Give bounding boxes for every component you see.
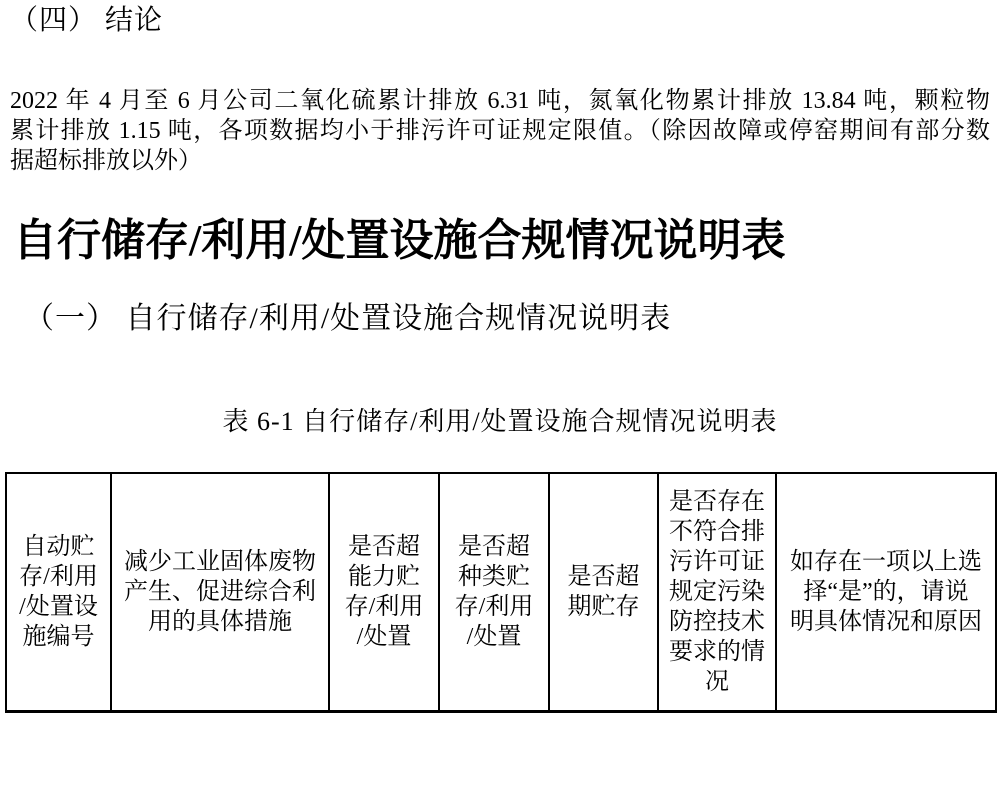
header-overdue-storage: 是否超 期贮存 xyxy=(549,473,658,712)
header-noncompliance-situation: 是否存在 不符合排 污许可证 规定污染 防控技术 要求的情 况 xyxy=(658,473,776,712)
paragraph-line: 累计排放 1.15 吨，各项数据均小于排污许可证规定限值。（除因故障或停窑期间有… xyxy=(10,116,990,146)
chapter-title: 自行储存/利用/处置设施合规情况说明表 xyxy=(13,215,785,267)
paragraph-line: 据超标排放以外） xyxy=(10,146,990,176)
section-heading: （四） 结论 xyxy=(10,2,163,40)
paragraph-line: 2022 年 4 月至 6 月公司二氧化硫累计排放 6.31 吨，氮氧化物累计排… xyxy=(10,86,990,116)
sub-section-heading: （一） 自行储存/利用/处置设施合规情况说明表 xyxy=(24,300,671,338)
header-explanation: 如存在一项以上选 择“是”的，请说 明具体情况和原因 xyxy=(776,473,996,712)
compliance-table: 自动贮 存/利用 /处置设 施编号 减少工业固体废物 产生、促进综合利 用的具体… xyxy=(5,472,997,713)
header-over-capacity: 是否超 能力贮 存/利用 /处置 xyxy=(329,473,439,712)
table-header-row: 自动贮 存/利用 /处置设 施编号 减少工业固体废物 产生、促进综合利 用的具体… xyxy=(6,473,996,712)
table-caption: 表 6-1 自行储存/利用/处置设施合规情况说明表 xyxy=(0,404,1000,440)
header-facility-id: 自动贮 存/利用 /处置设 施编号 xyxy=(6,473,111,712)
header-reduction-measures: 减少工业固体废物 产生、促进综合利 用的具体措施 xyxy=(111,473,329,712)
header-over-type: 是否超 种类贮 存/利用 /处置 xyxy=(439,473,549,712)
conclusion-paragraph: 2022 年 4 月至 6 月公司二氧化硫累计排放 6.31 吨，氮氧化物累计排… xyxy=(10,86,990,176)
document-page: （四） 结论 2022 年 4 月至 6 月公司二氧化硫累计排放 6.31 吨，… xyxy=(0,0,1000,785)
